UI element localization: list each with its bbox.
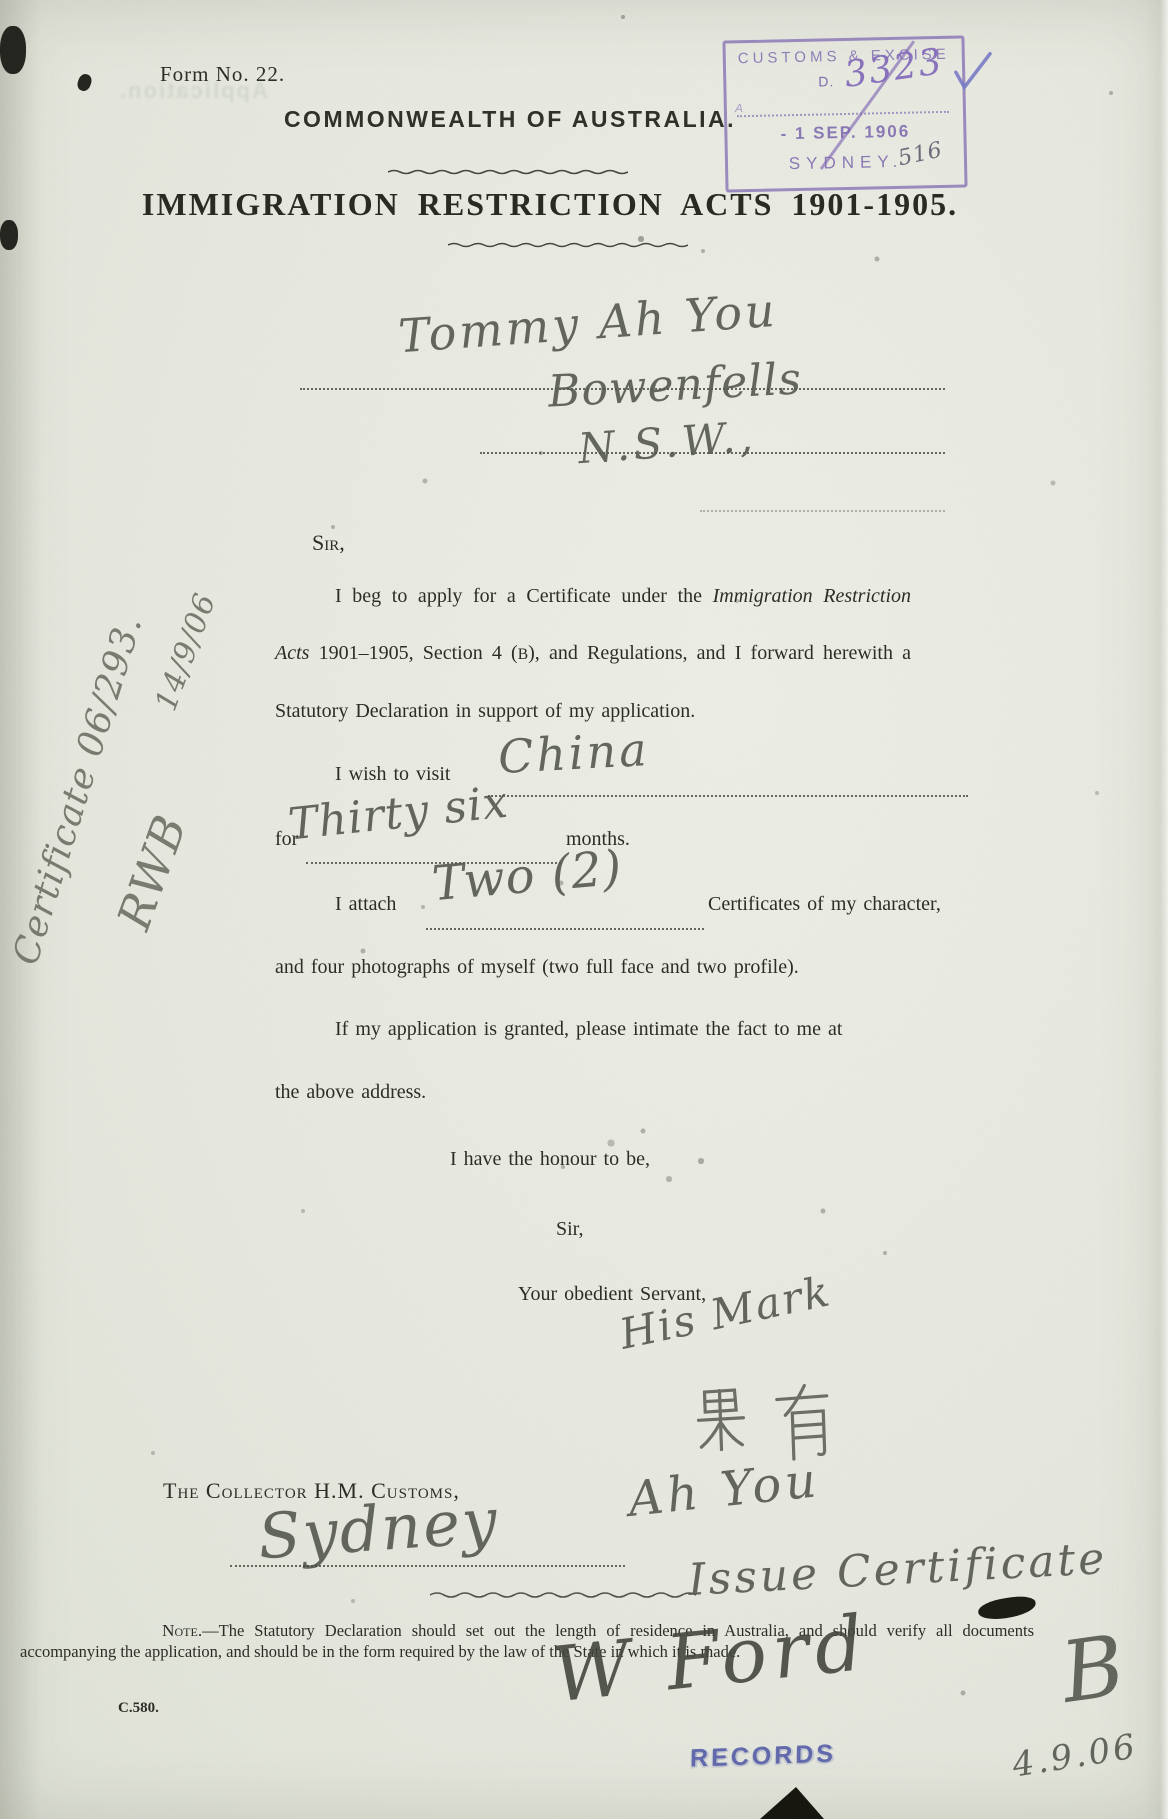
margin-date-handwriting: 14/9/06 (149, 588, 224, 715)
photographs-line: and four photographs of myself (two full… (275, 956, 799, 979)
salutation: Sir, (312, 530, 345, 556)
ink-blob-artifact (75, 72, 93, 92)
wavy-rule (448, 241, 688, 249)
ink-blob-artifact (0, 26, 26, 74)
signature-name-handwriting: Ah You (626, 1452, 823, 1528)
print-code: C.580. (118, 1700, 159, 1717)
para-text: 1901–1905, Section 4 ( (309, 642, 517, 664)
records-stamp: RECORDS (690, 1739, 836, 1773)
ink-speckles (0, 0, 2, 2)
stamp-received-prefix: A (735, 101, 743, 115)
ink-blot (977, 1594, 1037, 1622)
application-paragraph: I beg to apply for a Certificate under t… (275, 568, 911, 740)
check-mark (950, 46, 995, 98)
annotation-date-handwriting: 4.9.06 (1010, 1726, 1141, 1785)
margin-initials-handwriting: RWB (106, 807, 197, 936)
addressee-town-handwriting: Bowenfells (547, 353, 803, 417)
ink-blob-artifact (0, 220, 18, 250)
wavy-rule (430, 1590, 700, 1600)
wavy-rule (388, 168, 628, 176)
note-label: Note. (162, 1621, 202, 1640)
dotted-line (426, 928, 704, 930)
dotted-line (700, 510, 945, 512)
attach-label-post: Certificates of my character, (708, 893, 941, 916)
issue-certificate-handwriting: Issue Certificate (687, 1533, 1108, 1606)
customs-stamp: CUSTOMS & EXCISE D. 3323 A - 1 SEP. 1906… (722, 35, 967, 192)
dotted-line (488, 795, 968, 797)
scanned-form-page: Application. Form No. 22. COMMONWEALTH O… (0, 0, 1168, 1819)
stamp-dotted-line (737, 111, 949, 117)
officer-signature-handwriting: W Ford (548, 1598, 873, 1720)
stamp-register-prefix: D. (818, 73, 834, 89)
visit-destination-handwriting: China (497, 722, 651, 784)
valediction-sir: Sir, (556, 1218, 584, 1241)
collector-location-handwriting: Sydney (256, 1484, 501, 1574)
addressee-state-handwriting: N.S.W., (577, 412, 759, 473)
black-wedge-artifact (760, 1787, 824, 1819)
visit-label: I wish to visit (335, 763, 450, 786)
valediction-honour: I have the honour to be, (450, 1148, 650, 1171)
duration-handwriting: Thirty six (286, 777, 511, 851)
statutory-note: Note.—The Statutory Declaration should s… (20, 1620, 1034, 1662)
attach-label: I attach (335, 893, 396, 916)
granted-line2: the above address. (275, 1081, 426, 1104)
dotted-line (230, 1565, 625, 1567)
granted-line1: If my application is granted, please int… (335, 1018, 842, 1041)
scan-edge-highlight (1160, 0, 1168, 1819)
para-text-smallcap: B (518, 646, 528, 663)
acts-heading: IMMIGRATION RESTRICTION ACTS 1901-1905. (95, 186, 1005, 223)
attach-count-handwriting: Two (2) (430, 840, 625, 912)
para-text: I beg to apply for a Certificate under t… (335, 585, 713, 607)
his-mark-handwriting: His Mark (615, 1266, 835, 1359)
officer-initials-handwriting: B (1055, 1616, 1131, 1722)
form-number: Form No. 22. (160, 62, 285, 87)
addressee-name-handwriting: Tommy Ah You (397, 283, 780, 363)
